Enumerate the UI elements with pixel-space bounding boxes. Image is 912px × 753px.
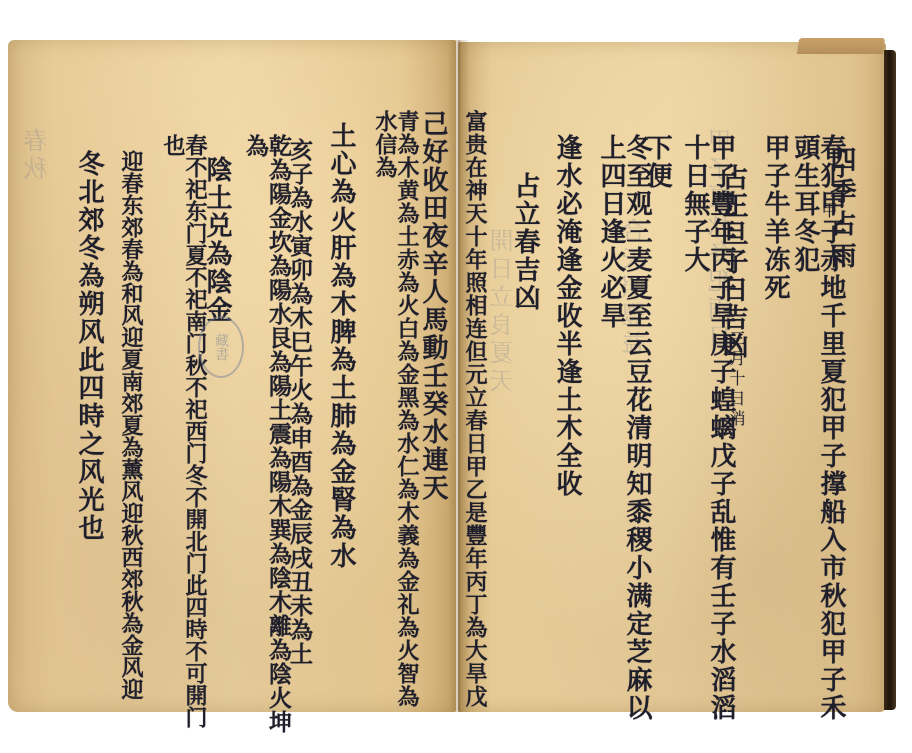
text-column: 富贵在神天十年照相连但元立春日甲乙是豐年丙丁為大旱戊 (464, 110, 486, 720)
text-column: 冬北郊冬為朔风此四時之风光也 (76, 150, 102, 710)
margin-annotation: 甲 (820, 202, 836, 222)
text-column: 占立春吉凶 (512, 172, 538, 312)
seal-text: 藏書 (211, 333, 231, 361)
text-column: 春犯甲子赤地千里夏犯甲子撑船入市秋犯甲子禾頭生耳冬犯 (792, 134, 844, 734)
text-column: 甲子豐年丙子旱庚子蝗螭戊子乱惟有壬子水滔滔十日無子大 (682, 134, 734, 734)
text-column: 土心為火肝為木脾為土肺為金腎為水 (328, 122, 354, 682)
book-edge (884, 50, 896, 710)
text-column: 春不祀东门夏不祀南门秋不祀西门冬不開北门此四時不可開门也 (162, 134, 206, 734)
open-book: 甲子夏秋冬犯雨日 合天照豐益 開日立良夏天 春秋 四季占雨 春犯甲子赤地千里夏犯… (8, 38, 898, 714)
text-column: 青為木黄為土赤為火白為金黑為水仁為木義為金礼為火智為水信為 (374, 110, 418, 710)
page-flap (797, 38, 885, 54)
text-column: 迎春东郊春為和风迎夏南郊夏為薰风迎秋西郊秋為金风迎 (120, 150, 142, 730)
text-column: 冬至观三麦夏至云豆花清明知黍稷小满定芝麻以上四日逢火必旱 (598, 134, 650, 734)
text-column: 甲子牛羊冻死 (762, 134, 788, 302)
text-column: 乾為陽金坎為陽水艮為陽土震為陽木巽為陰木離為陰火坤為 (244, 134, 290, 734)
text-column: 己好收田夜辛人馬動壬癸水連天 (420, 110, 446, 690)
bleed-through-text: 春秋 (26, 128, 50, 328)
collector-seal: 藏書 (198, 316, 244, 378)
text-column: 逢水必淹逢金收半逢土木全收 (554, 134, 580, 498)
